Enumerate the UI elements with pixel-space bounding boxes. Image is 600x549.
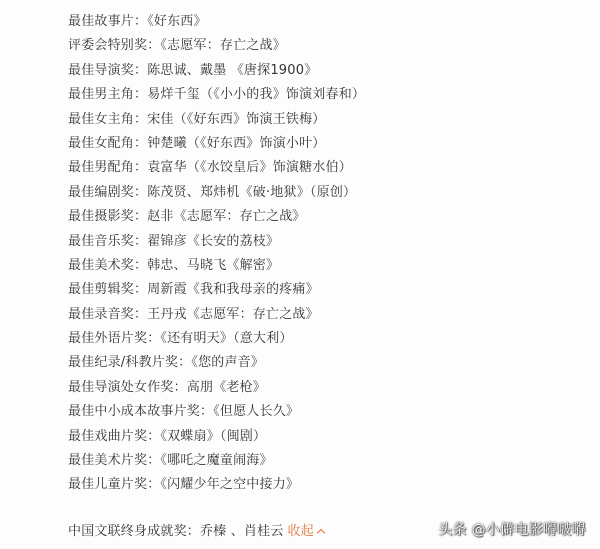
award-item-best-children-film: 最佳儿童片奖：《闪耀少年之空中接力》: [68, 473, 365, 497]
award-item-best-supporting-actor: 最佳男配角：袁富华（《水饺皇后》饰演糖水伯）: [68, 156, 365, 180]
award-item-best-art-direction: 最佳美术奖：韩忠、马晓飞《解密》: [68, 254, 365, 278]
collapse-label: 收起: [288, 524, 314, 539]
award-item-best-supporting-actress: 最佳女配角：钟楚曦（《好东西》饰演小叶）: [68, 132, 365, 156]
award-item-jury-special-prize: 评委会特别奖：《志愿军：存亡之战》: [68, 34, 365, 58]
award-item-best-low-budget-film: 最佳中小成本故事片奖：《但愿人长久》: [68, 400, 365, 424]
award-item-best-sound: 最佳录音奖：王丹戎《志愿军：存亡之战》: [68, 303, 365, 327]
award-item-best-cinematography: 最佳摄影奖：赵非《志愿军：存亡之战》: [68, 205, 365, 229]
award-item-best-director: 最佳导演奖：陈思诚、戴墨 《唐探1900》: [68, 59, 365, 83]
award-item-best-editing: 最佳剪辑奖：周新霞《我和我母亲的疼痛》: [68, 278, 365, 302]
chevron-up-icon: [317, 529, 325, 537]
lifetime-achievement-text: 中国文联终身成就奖：乔榛 、肖桂云: [68, 524, 284, 539]
award-item-best-actor: 最佳男主角：易烊千玺（《小小的我》饰演刘春和）: [68, 83, 365, 107]
award-item-best-opera-film: 最佳戏曲片奖：《双蝶扇》（闽剧）: [68, 425, 365, 449]
award-item-best-animated-film: 最佳美术片奖：《哪吒之魔童闹海》: [68, 449, 365, 473]
award-item-best-foreign-film: 最佳外语片奖：《还有明天》（意大利）: [68, 327, 365, 351]
award-item-best-screenplay: 最佳编剧奖：陈茂贤、郑炜机《破·地狱》（原创）: [68, 181, 365, 205]
award-list: 最佳故事片：《好东西》 评委会特别奖：《志愿军：存亡之战》 最佳导演奖：陈思诚、…: [68, 10, 365, 498]
award-item-best-feature-film: 最佳故事片：《好东西》: [68, 10, 365, 34]
award-item-best-music: 最佳音乐奖：翟锦彦《长安的荔枝》: [68, 230, 365, 254]
collapse-button[interactable]: 收起: [288, 524, 324, 539]
watermark: 头条 @小僻电影嘚啵嘚: [438, 519, 586, 539]
award-item-best-documentary: 最佳纪录/科教片奖：《您的声音》: [68, 351, 365, 375]
lifetime-achievement-line: 中国文联终身成就奖：乔榛 、肖桂云收起: [68, 522, 324, 542]
award-item-best-debut-director: 最佳导演处女作奖：高朋《老枪》: [68, 376, 365, 400]
award-item-best-actress: 最佳女主角：宋佳（《好东西》饰演王铁梅）: [68, 108, 365, 132]
